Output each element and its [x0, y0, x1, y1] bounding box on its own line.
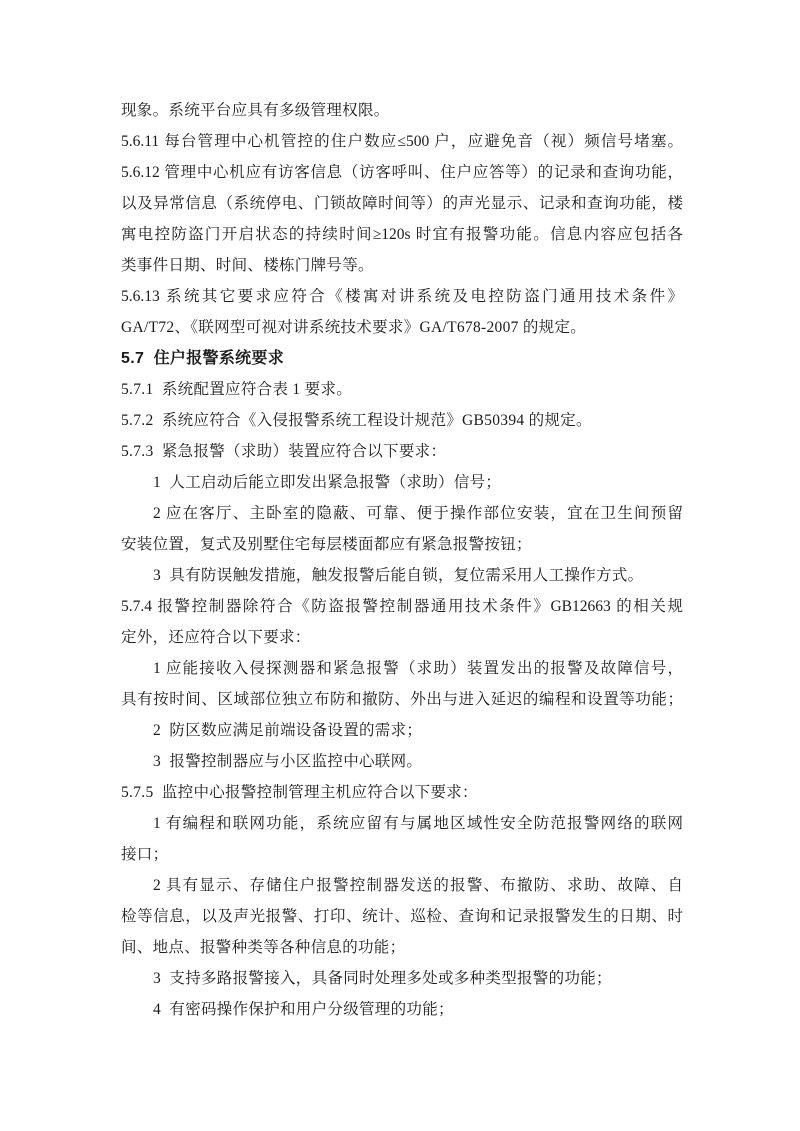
- text-line: 3 报警控制器应与小区监控中心联网。: [121, 746, 683, 777]
- text-line: 4 有密码操作保护和用户分级管理的功能；: [121, 994, 683, 1025]
- text-line: 3 具有防误触发措施，触发报警后能自锁，复位需采用人工操作方式。: [121, 560, 683, 591]
- text-line: 2 防区数应满足前端设备设置的需求；: [121, 715, 683, 746]
- text-line: 1 人工启动后能立即发出紧急报警（求助）信号；: [121, 467, 683, 498]
- text-line: 定外，还应符合以下要求：: [121, 622, 683, 653]
- text-line: 5.7.5 监控中心报警控制管理主机应符合以下要求：: [121, 777, 683, 808]
- text-line: 5.6.12 管理中心机应有访客信息（访客呼叫、住户应答等）的记录和查询功能，: [121, 157, 683, 188]
- text-line: 5.7.2 系统应符合《入侵报警系统工程设计规范》GB50394 的规定。: [121, 405, 683, 436]
- document-text-block: 现象。系统平台应具有多级管理权限。5.6.11 每台管理中心机管控的住户数应≤5…: [121, 95, 683, 1025]
- text-line: 以及异常信息（系统停电、门锁故障时间等）的声光显示、记录和查询功能，楼: [121, 188, 683, 219]
- text-line: 类事件日期、时间、楼栋门牌号等。: [121, 250, 683, 281]
- text-line: 安装位置，复式及别墅住宅每层楼面都应有紧急报警按钮；: [121, 529, 683, 560]
- text-line: GA/T72、《联网型可视对讲系统技术要求》GA/T678-2007 的规定。: [121, 312, 683, 343]
- text-line: 检等信息，以及声光报警、打印、统计、巡检、查询和记录报警发生的日期、时: [121, 901, 683, 932]
- text-line: 接口；: [121, 839, 683, 870]
- text-line: 2 具有显示、存储住户报警控制器发送的报警、布撤防、求助、故障、自: [121, 870, 683, 901]
- document-page: 现象。系统平台应具有多级管理权限。5.6.11 每台管理中心机管控的住户数应≤5…: [0, 0, 800, 1131]
- text-line: 2 应在客厅、主卧室的隐蔽、可靠、便于操作部位安装，宜在卫生间预留: [121, 498, 683, 529]
- text-line: 5.7.4 报警控制器除符合《防盗报警控制器通用技术条件》GB12663 的相关…: [121, 591, 683, 622]
- text-line: 1 有编程和联网功能，系统应留有与属地区域性安全防范报警网络的联网: [121, 808, 683, 839]
- text-line: 5.7.3 紧急报警（求助）装置应符合以下要求：: [121, 436, 683, 467]
- text-line: 1 应能接收入侵探测器和紧急报警（求助）装置发出的报警及故障信号，: [121, 653, 683, 684]
- text-line: 3 支持多路报警接入，具备同时处理多处或多种类型报警的功能；: [121, 963, 683, 994]
- text-line: 现象。系统平台应具有多级管理权限。: [121, 95, 683, 126]
- text-line: 寓电控防盗门开启状态的持续时间≥120s 时宜有报警功能。信息内容应包括各: [121, 219, 683, 250]
- section-heading: 5.7 住户报警系统要求: [121, 343, 683, 374]
- text-line: 5.6.11 每台管理中心机管控的住户数应≤500 户，应避免音（视）频信号堵塞…: [121, 126, 683, 157]
- text-line: 5.6.13 系统其它要求应符合《楼寓对讲系统及电控防盗门通用技术条件》: [121, 281, 683, 312]
- text-line: 间、地点、报警种类等各种信息的功能；: [121, 932, 683, 963]
- text-line: 具有按时间、区域部位独立布防和撤防、外出与进入延迟的编程和设置等功能；: [121, 684, 683, 715]
- text-line: 5.7.1 系统配置应符合表 1 要求。: [121, 374, 683, 405]
